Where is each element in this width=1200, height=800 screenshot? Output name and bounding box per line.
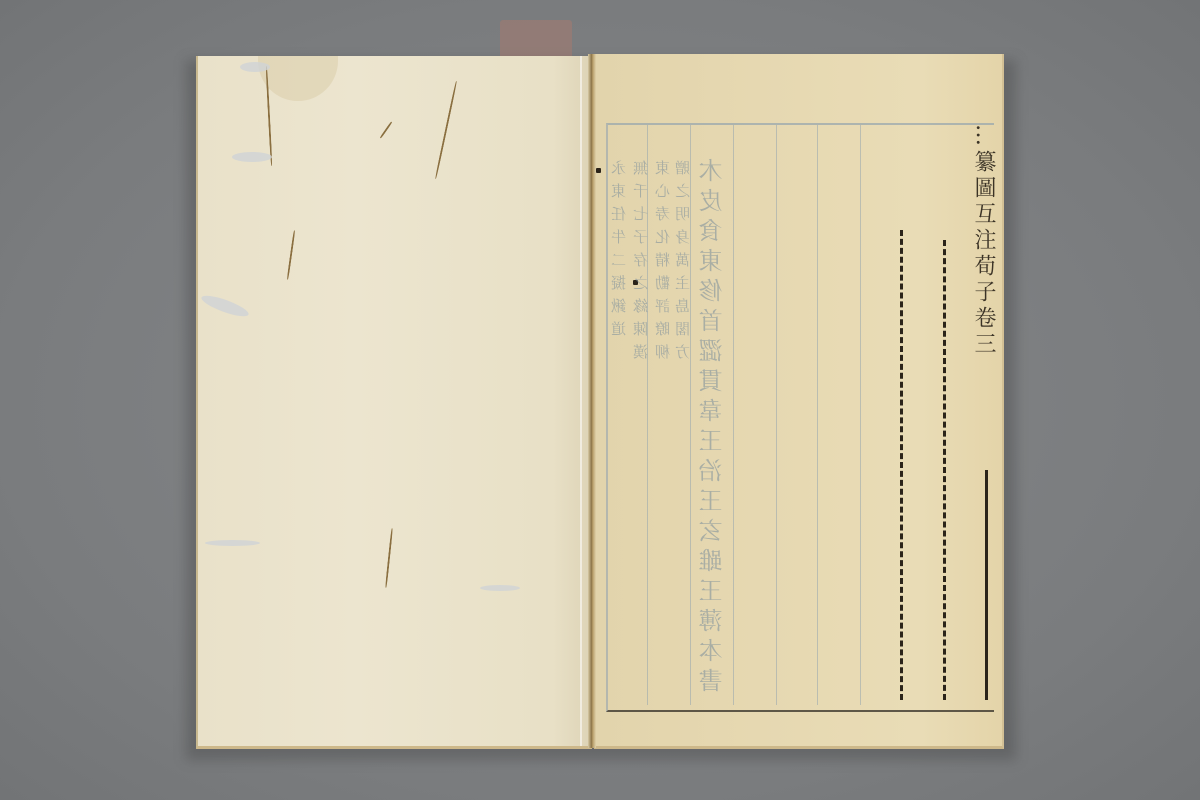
column-rule <box>860 125 861 705</box>
ink-column-rule <box>943 240 946 700</box>
column-rule <box>776 125 777 705</box>
paper-loss <box>240 62 270 72</box>
book-spine-fold <box>588 54 596 748</box>
bleed-through-column: 木皮食東修首澀貫韋王治王玄雖王薄本書 <box>700 158 726 698</box>
paper-loss <box>480 585 520 591</box>
ink-column-rule <box>900 230 903 700</box>
ink-column-rule <box>985 470 988 700</box>
column-rule <box>817 125 818 705</box>
ink-dot <box>596 168 601 173</box>
book-edge-title: …纂圖互注荀子卷三 <box>968 124 999 358</box>
page-crease <box>580 56 582 746</box>
paper-loss <box>232 152 272 162</box>
bleed-through-column: 永東任牛二擬鍬道 <box>606 160 632 344</box>
column-rule <box>733 125 734 705</box>
paper-loss <box>205 540 260 546</box>
